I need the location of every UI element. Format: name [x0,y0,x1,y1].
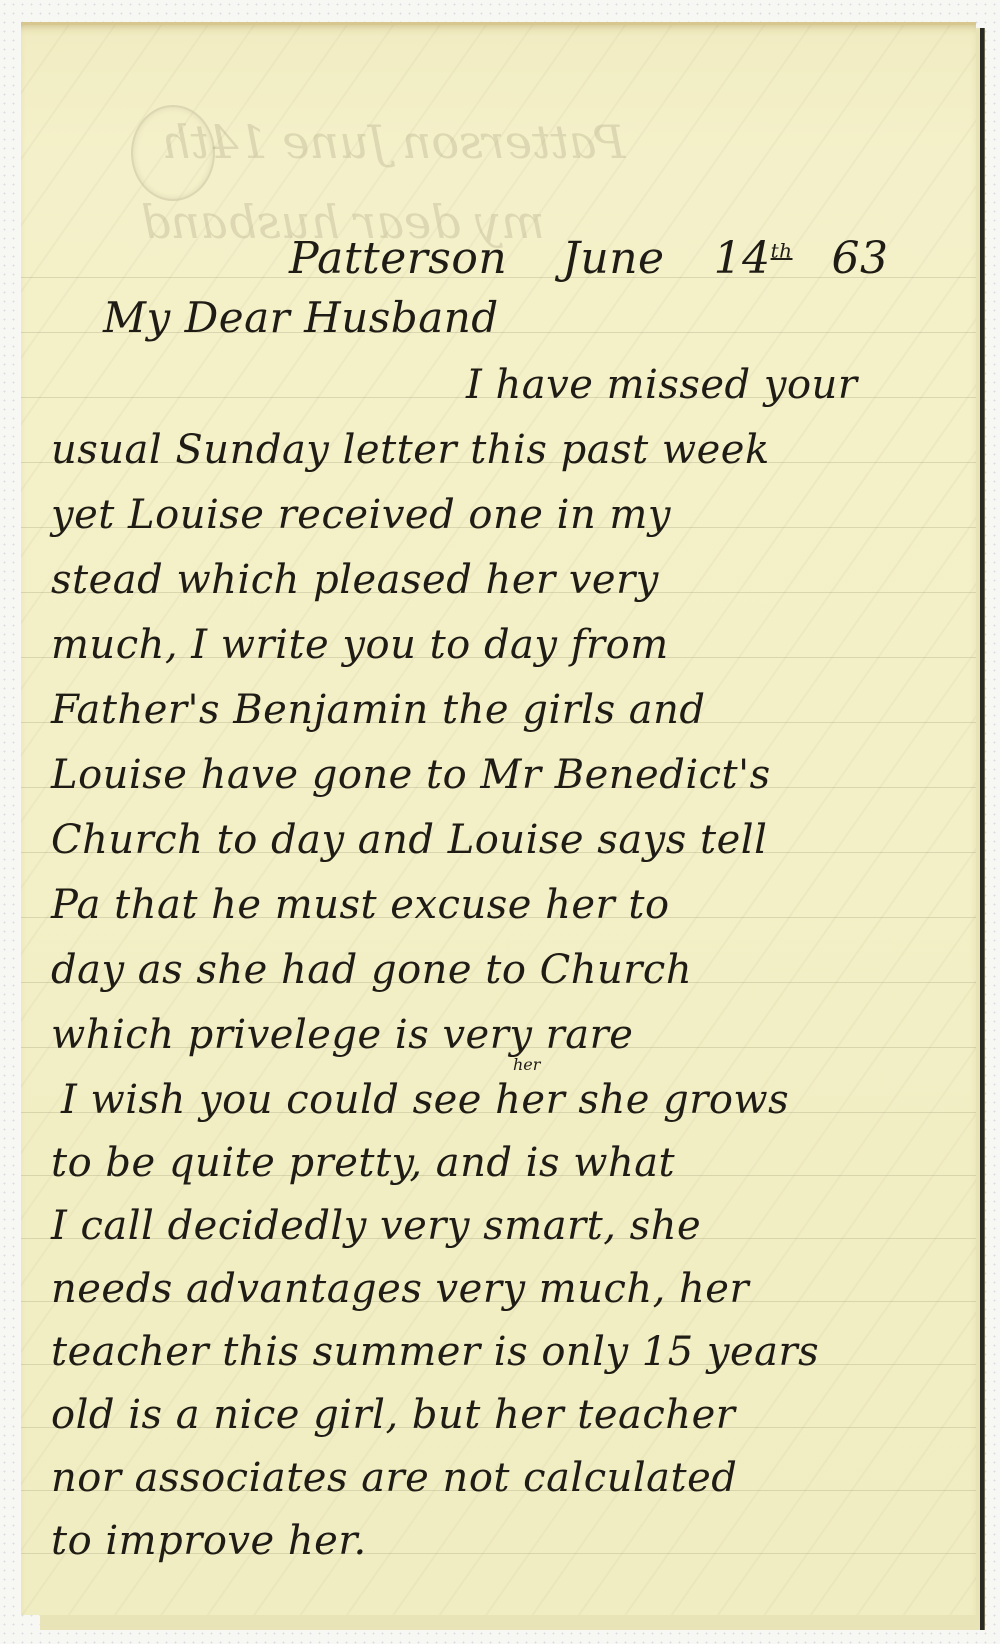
date-year: 63 [832,233,889,284]
letter-line: Louise have gone to Mr Benedict's [51,755,771,795]
date-month: June [562,233,664,284]
letter-line: to be quite pretty, and is what [51,1143,675,1183]
letter-line: which privelege is very rare [51,1015,633,1055]
letter-line: I call decidedly very smart, she [51,1206,701,1246]
bleed-through-text: Patterson June 14th [161,115,625,169]
letter-line: nor associates are not calculated [51,1458,737,1498]
letter-line: yet Louise received one in my [51,495,671,535]
place: Patterson [289,233,507,284]
letter-line: to improve her. [51,1521,367,1561]
inserted-word: her [513,1055,540,1074]
letter-line: teacher this summer is only 15 years [51,1332,819,1372]
letter-line: much, I write you to day from [51,625,669,665]
date-day-suffix: th [771,238,793,262]
letter-line: day as she had gone to Church [51,950,692,990]
letter-line: I have missed your [466,365,857,405]
letter-line: needs advantages very much, her [51,1269,749,1309]
letter-line: Pa that he must excuse her to [51,885,670,925]
dateline: Patterson June 14th 63 [289,237,889,281]
letter-line: I wish you could see her she grows [61,1080,789,1120]
letter-page: Patterson June 14th my dear husband Patt… [21,22,976,1615]
date-day: 14 [714,233,771,284]
letter-line: Father's Benjamin the girls and [51,690,706,730]
letter-line: old is a nice girl, but her teacher [51,1395,735,1435]
letter-line: usual Sunday letter this past week [51,430,770,470]
letter-line: stead which pleased her very [51,560,659,600]
letter-line: Church to day and Louise says tell [51,820,767,860]
salutation: My Dear Husband [103,297,499,339]
